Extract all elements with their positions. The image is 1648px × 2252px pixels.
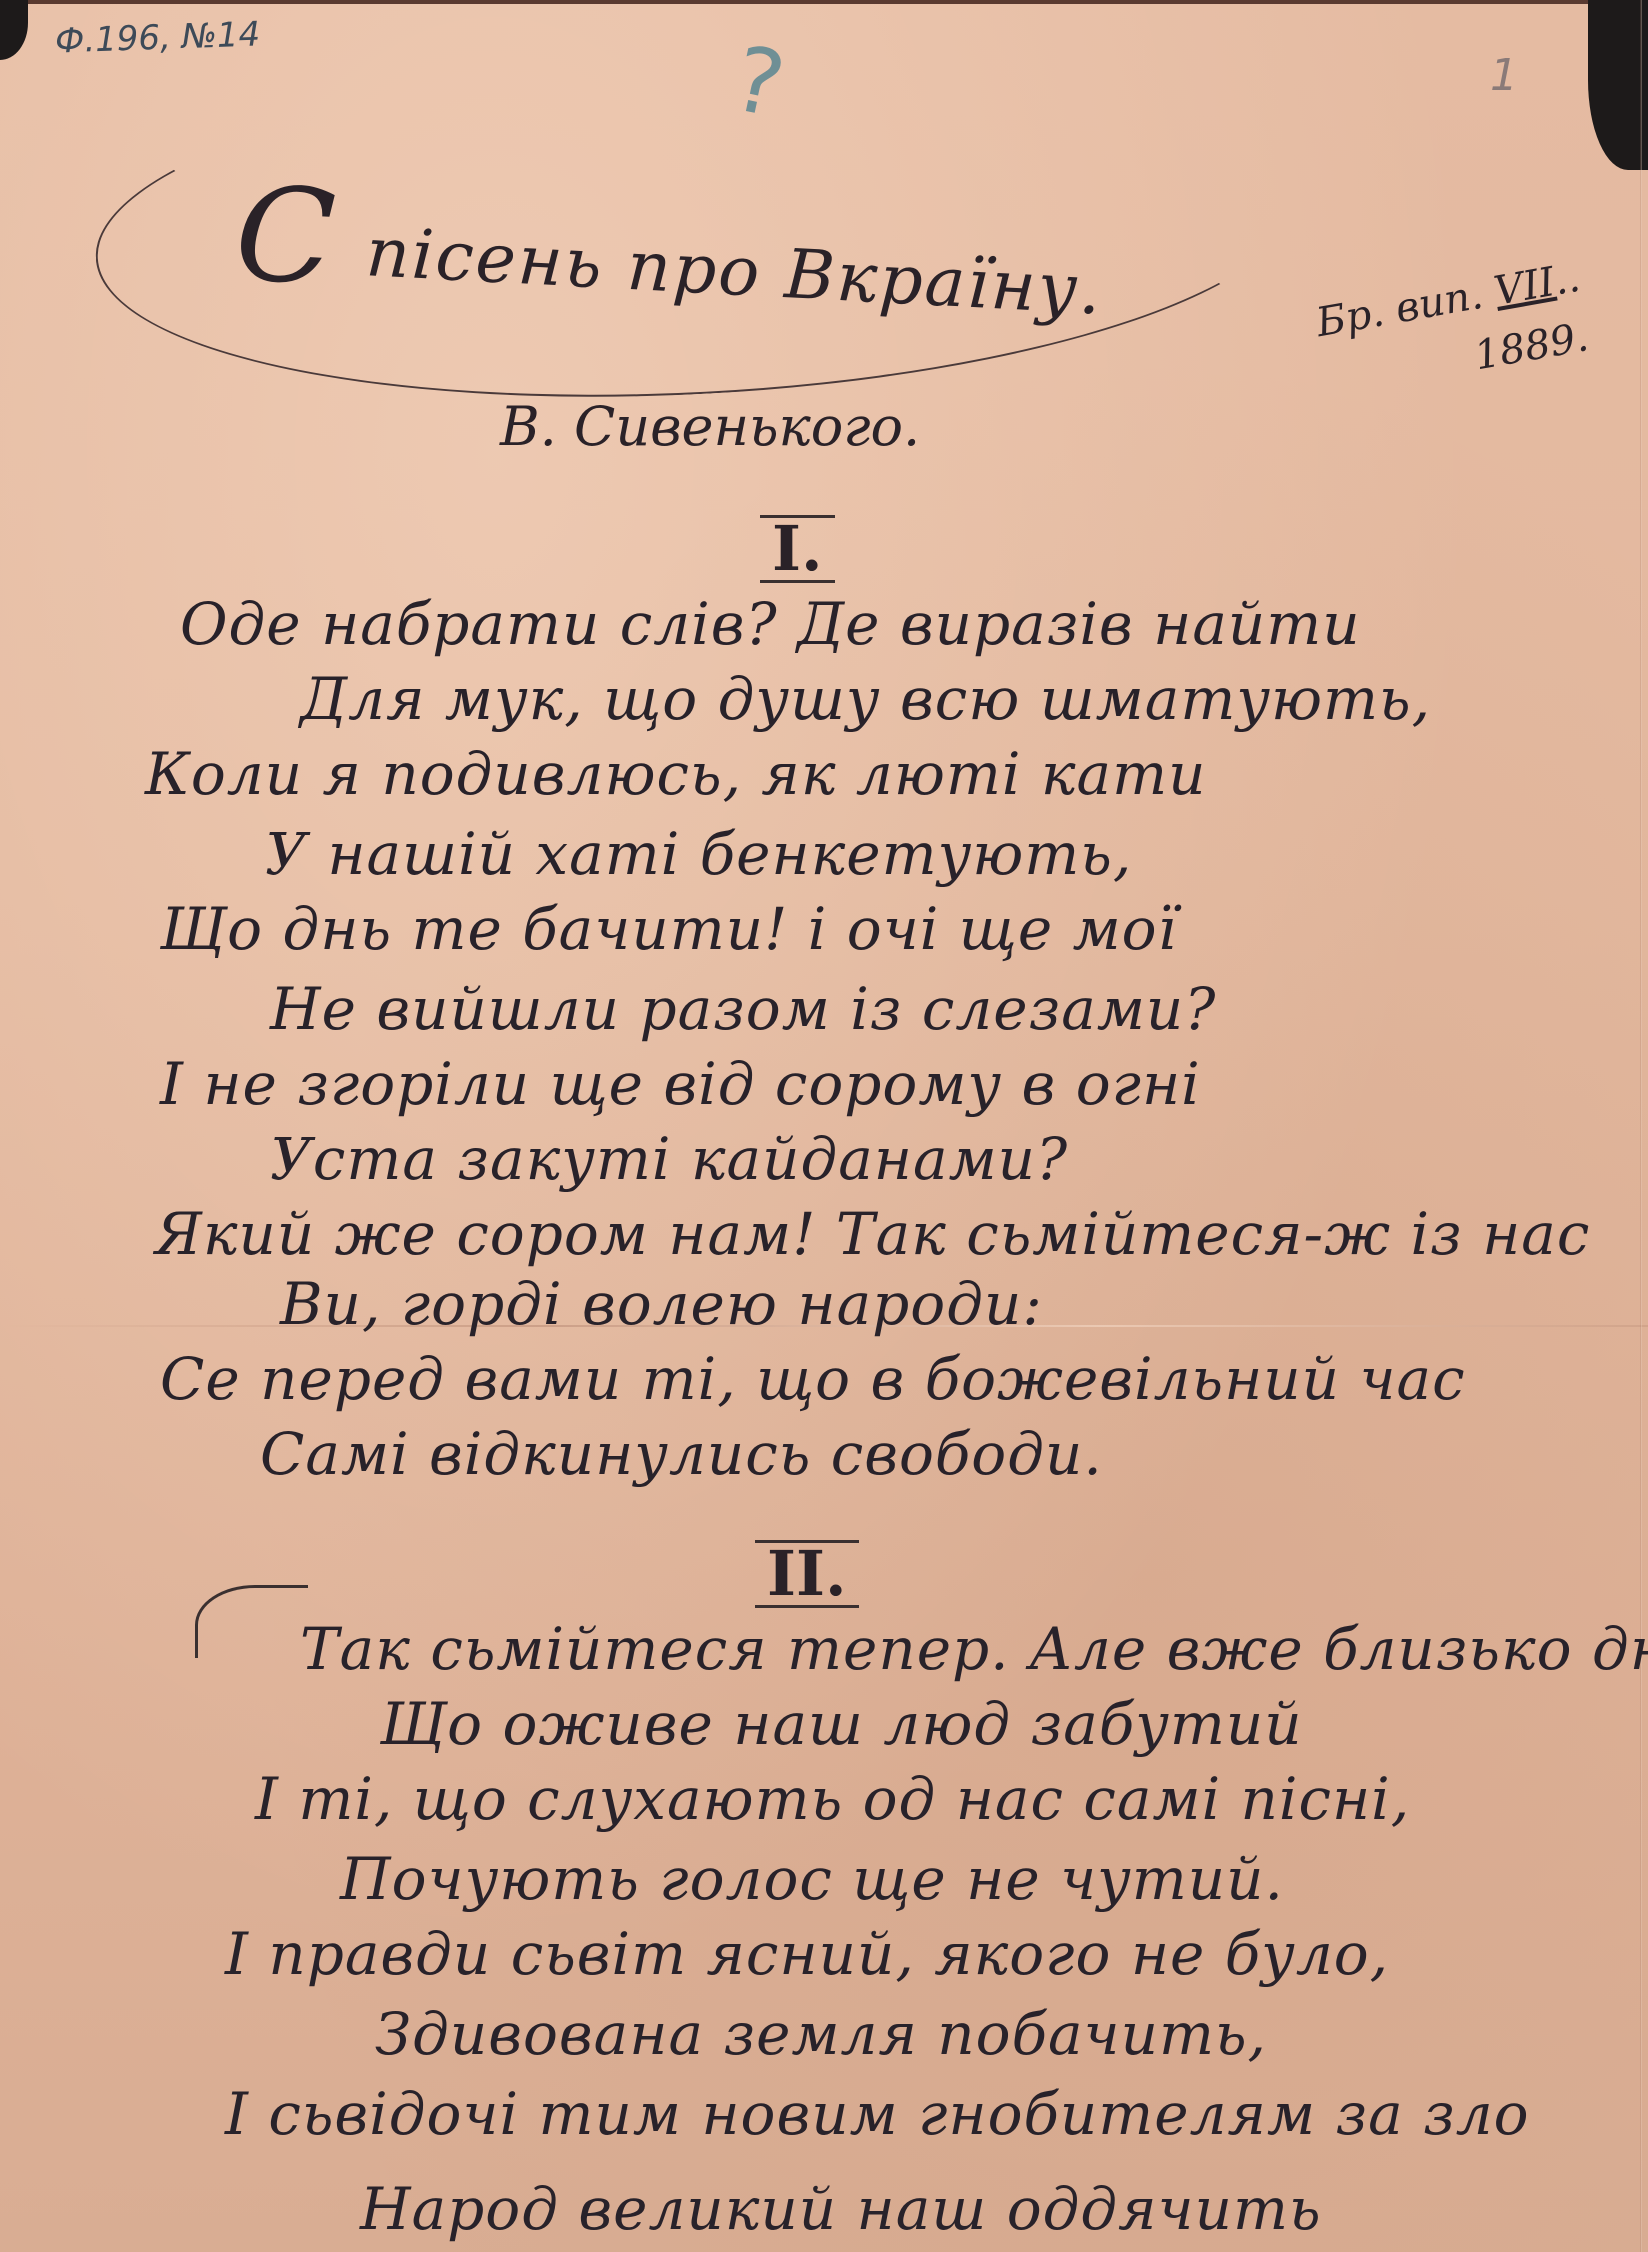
verse-line: Оде набрати слів? Де виразів найти	[180, 590, 1361, 658]
verse-line: У нашій хаті бенкетують,	[265, 820, 1132, 888]
damaged-corner-top-right	[1588, 0, 1648, 170]
date-annotation: Бр. вип. VII.. 1889.	[1312, 248, 1595, 412]
damaged-corner-top-left	[0, 0, 28, 60]
verse-line: Ви, горді волею народи:	[280, 1270, 1043, 1338]
verse-line: І сьвідочі тим новим гнобителям за зло	[225, 2080, 1530, 2148]
manuscript-page: Ф.196, №14 ? 1 Спісень про Вкраїну. Бр. …	[0, 0, 1648, 2252]
page-number: 1	[1490, 50, 1518, 101]
date-issue-roman: VII	[1491, 259, 1559, 315]
verse-line: І ті, що слухають од нас самі пісні,	[255, 1765, 1410, 1833]
title-text: пісень про Вкраїну.	[364, 213, 1105, 330]
verse-line: Почують голос ще не чутий.	[340, 1845, 1284, 1913]
section-number-1: I.	[760, 515, 835, 583]
verse-line: Для мук, що душу всю шматують,	[300, 665, 1431, 733]
verse-line: Не вийшли разом із слезами?	[270, 975, 1216, 1043]
title-initial: С	[232, 157, 341, 314]
paper-fold-vertical	[1640, 0, 1642, 2252]
verse-line: Який же сором нам! Так сьмійтеся-ж із на…	[155, 1200, 1590, 1268]
section-number-2: II.	[755, 1540, 859, 1608]
verse-line: Народ великий наш оддячить	[360, 2175, 1322, 2243]
verse-line: Що оживе наш люд забутий	[380, 1690, 1303, 1758]
verse-line: І не згоріли ще від сорому в огні	[160, 1050, 1201, 1118]
page-top-edge	[0, 0, 1648, 4]
verse-line: Уста закуті кайданами?	[270, 1125, 1068, 1193]
initial-flourish	[195, 1585, 308, 1658]
verse-line: Що днь те бачити! і очі ще мої	[160, 895, 1177, 963]
author-line: В. Сивенького.	[500, 395, 920, 458]
verse-line: Самі відкинулись свободи.	[260, 1420, 1103, 1488]
verse-line: Коли я подивлюсь, як люті кати	[145, 740, 1206, 808]
verse-line: Так сьмійтеся тепер. Але вже близько дні…	[300, 1615, 1648, 1683]
verse-line: Се перед вами ті, що в божевільний час	[160, 1345, 1466, 1413]
archive-reference: Ф.196, №14	[54, 14, 260, 61]
verse-line: І правди сьвіт ясний, якого не було,	[225, 1920, 1389, 1988]
verse-line: Здивована земля побачить,	[375, 2000, 1267, 2068]
